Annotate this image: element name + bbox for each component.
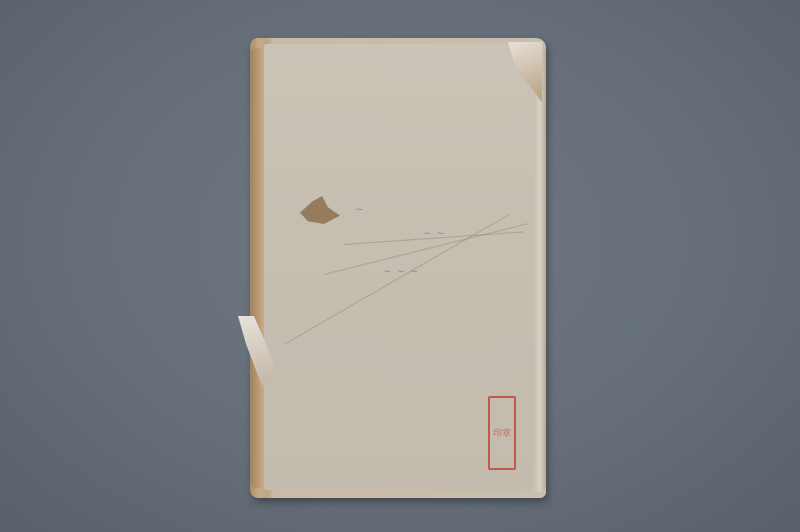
cover-tear (300, 196, 340, 224)
book-cover: ~ ~ ~ ~ ~ ~ 印章 (264, 44, 534, 490)
book: ~ ~ ~ ~ ~ ~ 印章 (250, 38, 546, 498)
book-spine-edge (250, 48, 264, 488)
red-seal: 印章 (488, 396, 516, 470)
handwritten-mark: ~ (356, 204, 364, 216)
handwritten-mark: ~ ~ ~ (384, 266, 419, 278)
seal-text: 印章 (493, 428, 511, 439)
cover-crease (284, 214, 510, 345)
handwritten-mark: ~ ~ (424, 228, 446, 240)
book-page-edge (534, 44, 546, 492)
